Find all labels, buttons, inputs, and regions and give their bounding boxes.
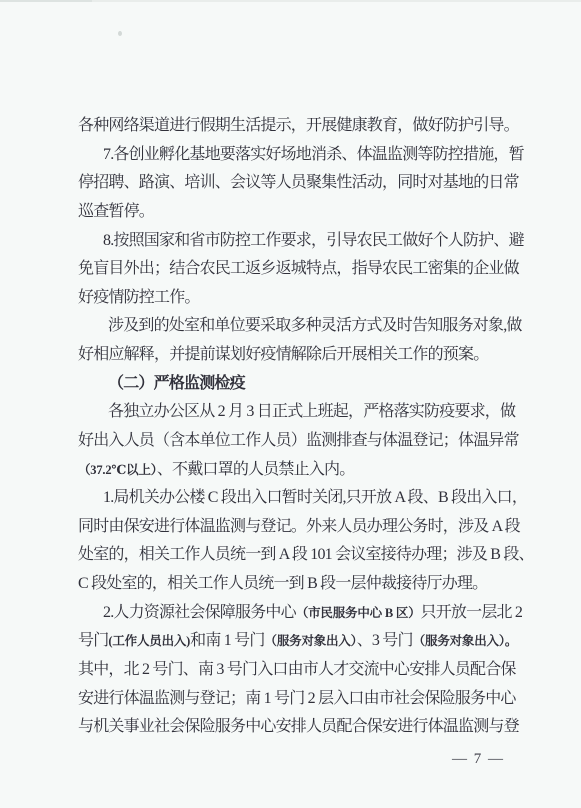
- text-line: 与机关事业社会保险服务中心安排人员配合保安进行体温监测与登: [78, 713, 526, 742]
- text-line: 号门(工作人员出入)和南 1 号门（服务对象出入）、3 号门（服务对象出入）。: [78, 627, 526, 656]
- text-line: 1.局机关办公楼 C 段出入口暂时关闭,只开放 A 段、B 段出入口，: [78, 484, 526, 513]
- text-run-small: （服务对象出入）: [265, 634, 357, 648]
- text-run: 号门: [78, 632, 108, 649]
- text-line: 好出入人员（含本单位工作人员）监测排查与体温登记；体温异常: [78, 427, 526, 456]
- text-line: 处室的，相关工作人员统一到 A 段 101 会议室接待办理；涉及 B 段、: [78, 541, 526, 570]
- text-line: 免盲目外出；结合农民工返乡返城特点，指导农民工密集的企业做: [78, 255, 526, 284]
- text-run-small: （37.2℃以上）: [78, 463, 157, 477]
- text-line: 2.人力资源社会保障服务中心（市民服务中心 B 区）只开放一层北 2: [78, 599, 526, 628]
- text-line: 安进行体温监测与登记；南 1 号门 2 层入口由市社会保险服务中心: [78, 685, 526, 714]
- page-number: — 7 —: [452, 751, 505, 768]
- text-line: 7.各创业孵化基地要落实好场地消杀、体温监测等防控措施，暂: [78, 141, 526, 170]
- text-line: 停招聘、路演、培训、会议等人员聚集性活动，同时对基地的日常: [78, 169, 526, 198]
- text-run: 、3 号门: [357, 632, 413, 649]
- section-heading: （二）严格监测检疫: [78, 370, 526, 399]
- text-line: 各独立办公区从 2 月 3 日正式上班起，严格落实防疫要求，做: [78, 398, 526, 427]
- text-line: 其中，北 2 号门、南 3 号门入口由市人才交流中心安排人员配合保: [78, 656, 526, 685]
- text-line: 同时由保安进行体温监测与登记。外来人员办理公务时，涉及 A 段: [78, 513, 526, 542]
- text-run-small: （服务对象出入）。: [413, 634, 517, 648]
- text-line: 各种网络渠道进行假期生活提示，开展健康教育，做好防护引导。: [78, 112, 526, 141]
- text-line: 好疫情防控工作。: [78, 284, 526, 313]
- text-run: 和南 1 号门: [190, 632, 264, 649]
- text-line: （37.2℃以上）、不戴口罩的人员禁止入内。: [78, 456, 526, 485]
- text-run: 只开放一层北 2: [421, 604, 523, 621]
- text-run: 、不戴口罩的人员禁止入内。: [157, 461, 355, 478]
- text-run-small: （市民服务中心 B 区）: [296, 606, 421, 620]
- scan-artifact: [118, 31, 122, 36]
- text-line: 8.按照国家和省市防控工作要求，引导农民工做好个人防护、避: [78, 227, 526, 256]
- text-line: 涉及到的处室和单位要采取多种灵活方式及时告知服务对象,做: [78, 312, 526, 341]
- text-run: 2.人力资源社会保障服务中心: [103, 604, 296, 621]
- text-line: 好相应解释，并提前谋划好疫情解除后开展相关工作的预案。: [78, 341, 526, 370]
- text-run-small: (工作人员出入): [108, 634, 190, 648]
- body-text: 各种网络渠道进行假期生活提示，开展健康教育，做好防护引导。 7.各创业孵化基地要…: [78, 112, 526, 742]
- document-page: 各种网络渠道进行假期生活提示，开展健康教育，做好防护引导。 7.各创业孵化基地要…: [0, 0, 581, 808]
- text-line: 巡查暂停。: [78, 198, 526, 227]
- scan-edge-artifact: [0, 0, 92, 2]
- text-line: C 段处室的，相关工作人员统一到 B 段一层仲裁接待厅办理。: [78, 570, 526, 599]
